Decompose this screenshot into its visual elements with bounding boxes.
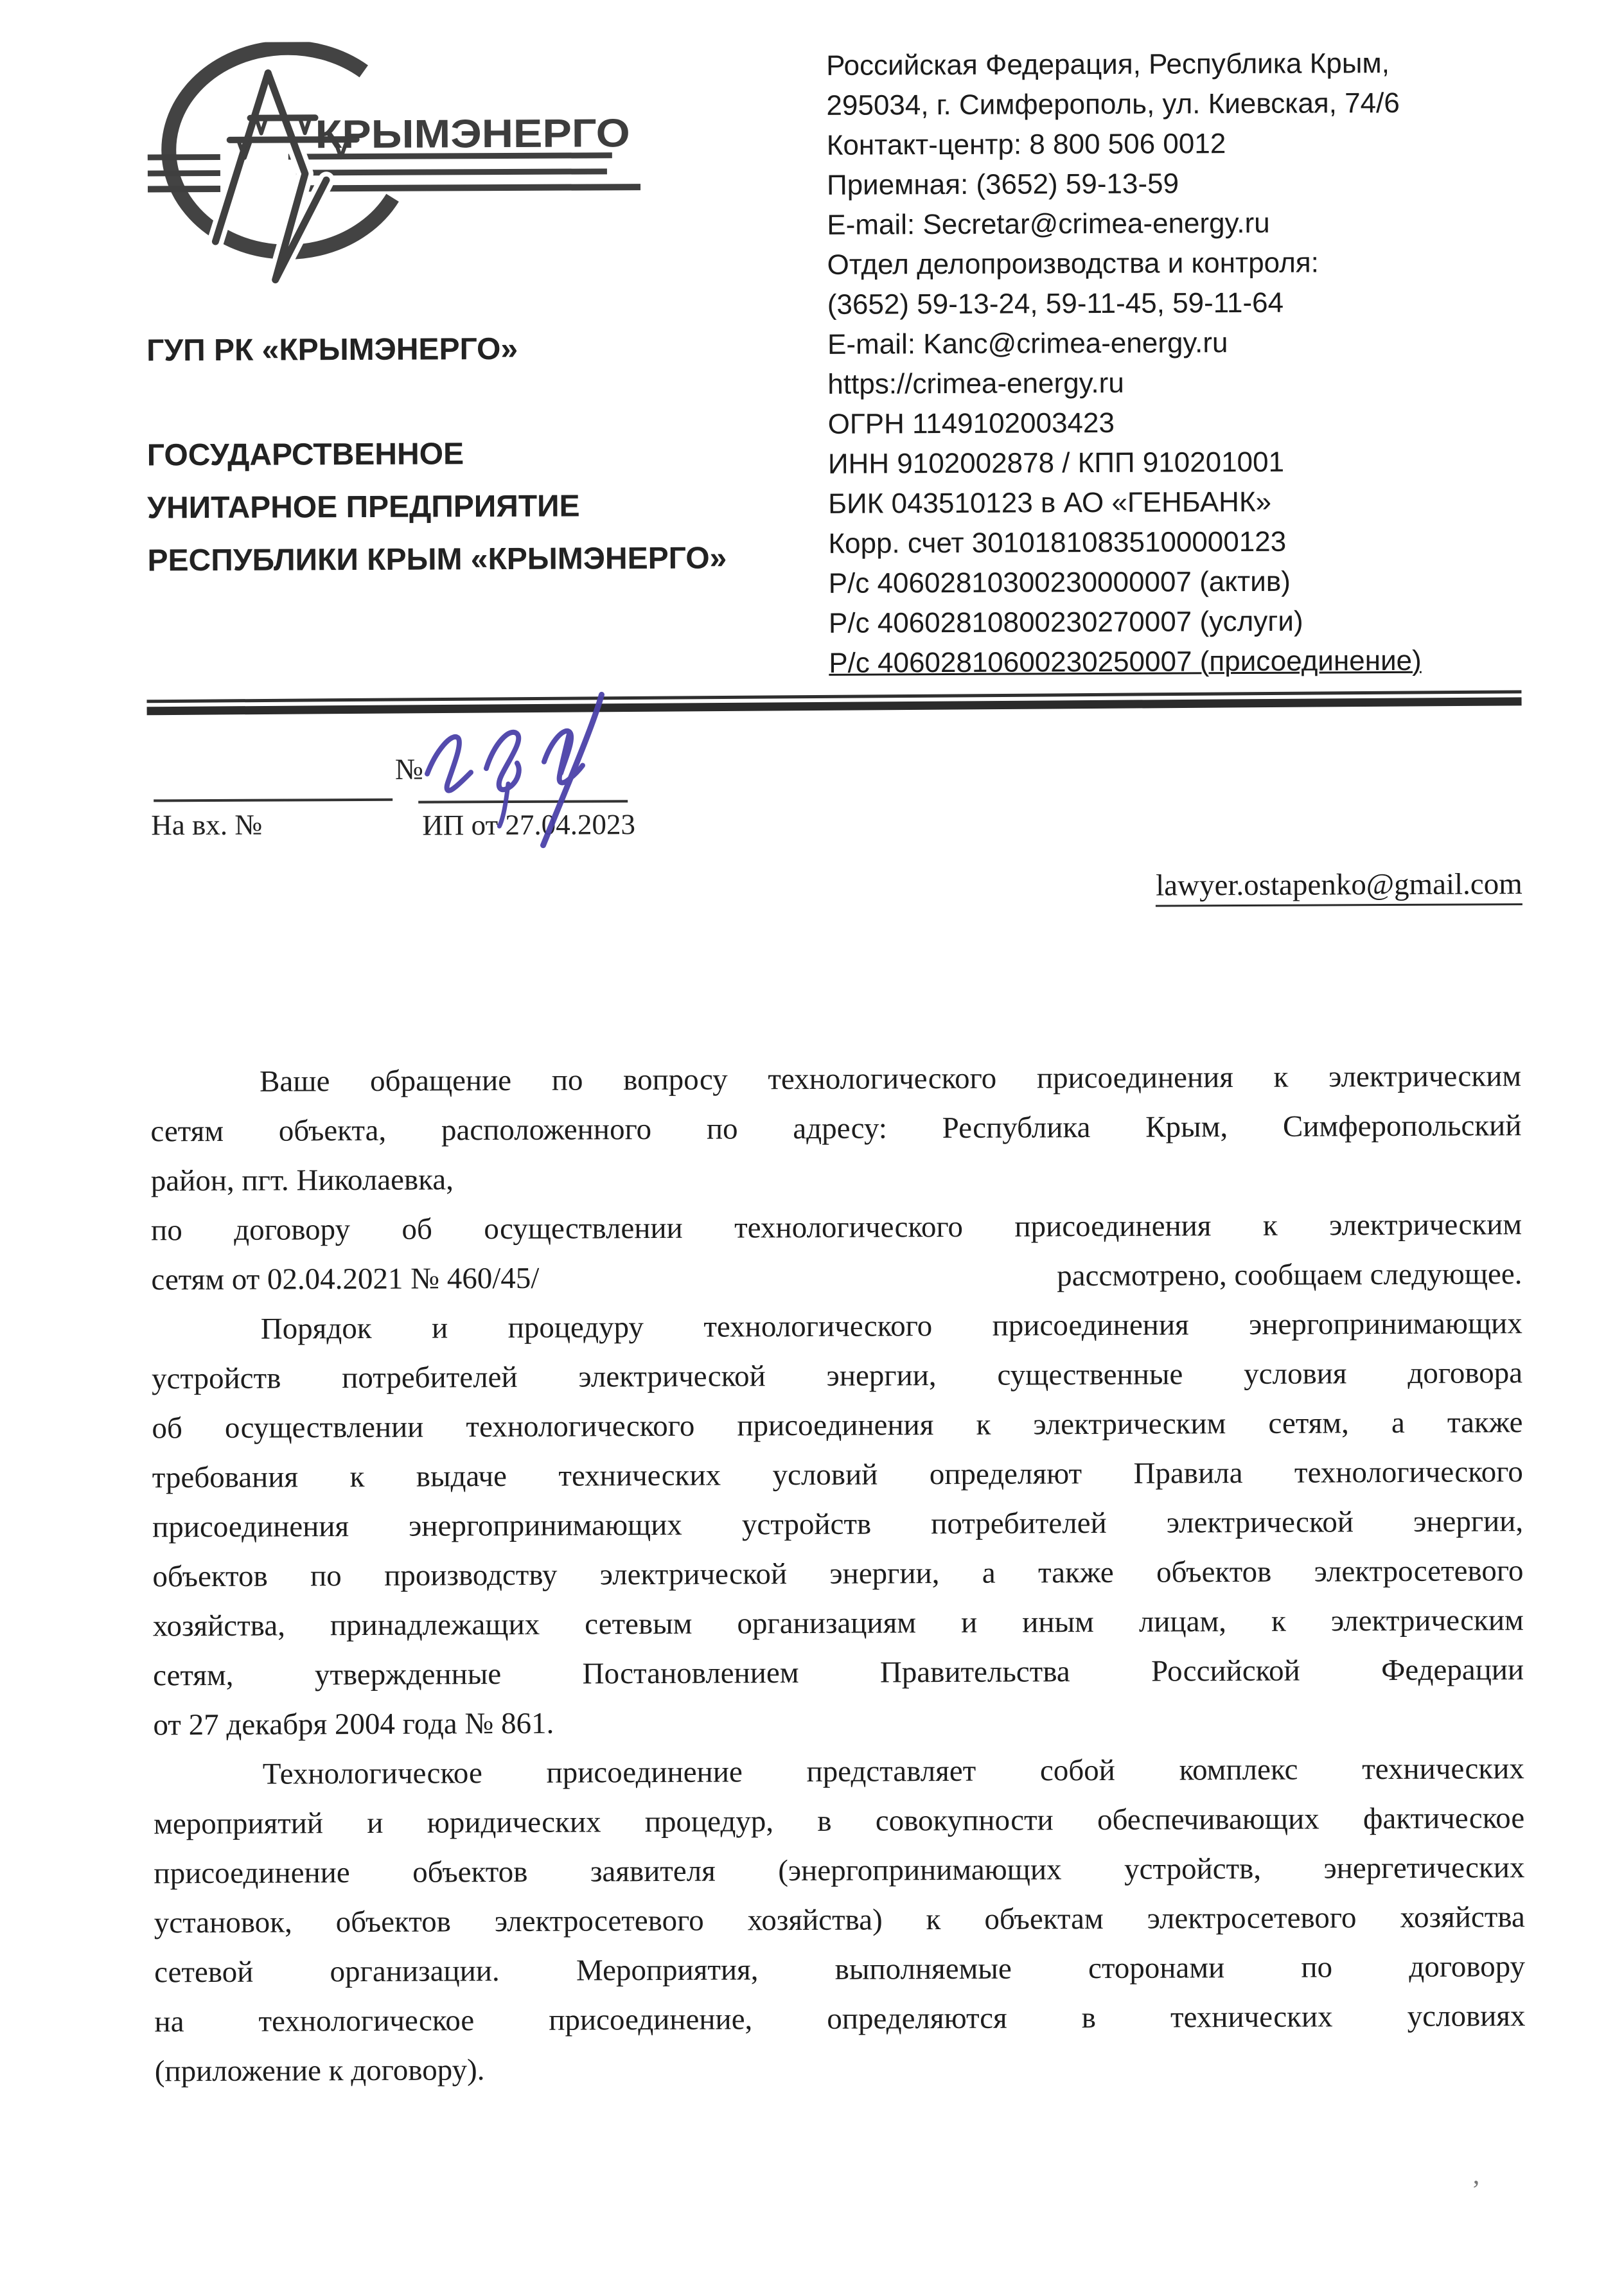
body-line-right: рассмотрено, сообщаем следующее. xyxy=(1057,1250,1522,1301)
body-line: сетям от 02.04.2021 № 460/45/ рассмотрен… xyxy=(151,1250,1522,1305)
contact-line: Российская Федерация, Республика Крым, xyxy=(826,43,1565,86)
contact-block: Российская Федерация, Республика Крым, 2… xyxy=(826,43,1567,684)
body-line: объектов по производству электрической э… xyxy=(152,1546,1523,1602)
recipient-email: lawyer.ostapenko@gmail.com xyxy=(1156,867,1522,906)
krymenergo-logo: КРЫМЭНЕРГО xyxy=(53,40,651,300)
outgoing-date-blank xyxy=(154,799,393,802)
body-line: по договору об осуществлении технологиче… xyxy=(151,1200,1522,1255)
body-line: присоединения энергопринимающих устройст… xyxy=(152,1497,1523,1552)
contact-line: Контакт-центр: 8 800 506 0012 xyxy=(827,123,1566,166)
org-full-line: РЕСПУБЛИКИ КРЫМ «КРЫМЭНЕРГО» xyxy=(147,533,727,588)
body-line: район, пгт. Николаевка, xyxy=(151,1151,1522,1206)
body-line: от 27 декабря 2004 года № 861. xyxy=(153,1695,1524,1750)
body-line-left: сетям от 02.04.2021 № 460/45/ xyxy=(151,1254,539,1305)
contact-line: ИНН 9102002878 / КПП 910201001 xyxy=(828,441,1567,484)
incoming-number-label: На вх. № xyxy=(151,808,262,842)
body-line: установок, объектов электросетевого хозя… xyxy=(154,1893,1525,1948)
logo-stripes xyxy=(148,152,640,192)
body-line: об осуществлении технологического присое… xyxy=(152,1398,1522,1453)
body-line: устройств потребителей электрической эне… xyxy=(152,1348,1522,1404)
contact-line: (3652) 59-13-24, 59-11-45, 59-11-64 xyxy=(827,282,1566,325)
body-line: сетям, утвержденные Постановлением Прави… xyxy=(153,1645,1524,1700)
letterhead-divider xyxy=(146,690,1521,715)
body-line: хозяйства, принадлежащих сетевым организ… xyxy=(153,1596,1524,1651)
contact-line: Р/с 40602810800230270007 (услуги) xyxy=(829,601,1567,644)
handwritten-number-484 xyxy=(411,689,630,851)
contact-line: Корр. счет 30101810835100000123 xyxy=(828,521,1567,564)
body-line: (приложение к договору). xyxy=(155,2041,1526,2096)
contact-line: E-mail: Kanc@crimea-energy.ru xyxy=(827,322,1566,365)
org-short-name: ГУП РК «КРЫМЭНЕРГО» xyxy=(146,331,518,369)
body-line: требования к выдаче технических условий … xyxy=(152,1447,1523,1503)
contact-line: E-mail: Secretar@crimea-energy.ru xyxy=(827,202,1566,245)
scan-artifact-mark: ’ xyxy=(1472,2175,1481,2205)
contact-line: 295034, г. Симферополь, ул. Киевская, 74… xyxy=(826,83,1565,126)
sheet: КРЫМЭНЕРГО ГУП РК «КРЫМЭНЕРГО» ГОСУДАРСТ… xyxy=(0,0,1606,2296)
contact-line: ОГРН 1149102003423 xyxy=(828,402,1567,445)
body-line: Ваше обращение по вопросу технологическо… xyxy=(150,1052,1521,1107)
body-line: Порядок и процедуру технологического при… xyxy=(152,1299,1522,1354)
letter-body: Ваше обращение по вопросу технологическо… xyxy=(150,1052,1526,2096)
body-line: на технологическое присоединение, опреде… xyxy=(154,1991,1525,2047)
contact-line: БИК 043510123 в АО «ГЕНБАНК» xyxy=(828,481,1567,524)
body-line: присоединение объектов заявителя (энерго… xyxy=(154,1843,1524,1898)
org-full-line: УНИТАРНОЕ ПРЕДПРИЯТИЕ xyxy=(147,480,727,535)
body-line: Технологическое присоединение представля… xyxy=(154,1744,1524,1799)
contact-line: Р/с 40602810600230250007 (присоединение) xyxy=(829,640,1567,684)
body-line: сетям объекта, расположенного по адресу:… xyxy=(150,1101,1521,1156)
contact-line: https://crimea-energy.ru xyxy=(827,362,1566,405)
logo-wordmark: КРЫМЭНЕРГО xyxy=(315,111,630,157)
contact-line: Р/с 40602810300230000007 (актив) xyxy=(829,561,1567,604)
org-full-line: ГОСУДАРСТВЕННОЕ xyxy=(147,427,727,482)
scanned-letter-page: КРЫМЭНЕРГО ГУП РК «КРЫМЭНЕРГО» ГОСУДАРСТ… xyxy=(0,0,1606,2296)
body-line: сетевой организации. Мероприятия, выполн… xyxy=(154,1942,1525,1997)
contact-line: Отдел делопроизводства и контроля: xyxy=(827,242,1566,285)
contact-line: Приемная: (3652) 59-13-59 xyxy=(827,163,1566,206)
org-full-name: ГОСУДАРСТВЕННОЕ УНИТАРНОЕ ПРЕДПРИЯТИЕ РЕ… xyxy=(147,427,727,588)
body-line: мероприятий и юридических процедур, в со… xyxy=(154,1794,1524,1849)
